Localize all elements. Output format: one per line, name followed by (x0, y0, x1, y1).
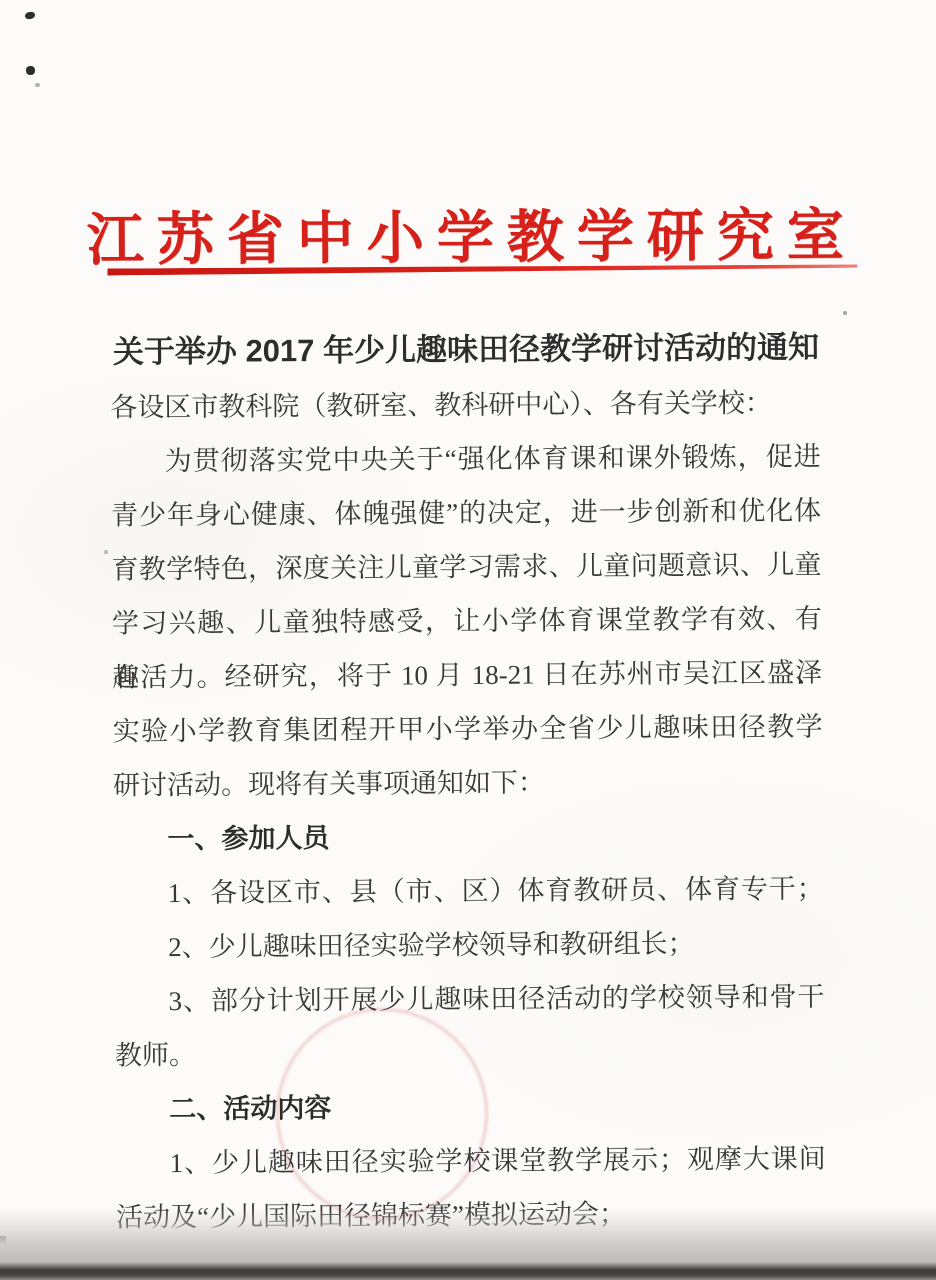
body-paragraph-line: 青少年身心健康、体魄强健”的决定，进一步创新和优化体 (111, 484, 821, 543)
section-heading-line: 二、活动内容 (115, 1078, 825, 1137)
letterhead-org-name: 江苏省中小学教学研究室 (0, 189, 933, 278)
salutation: 各设区市教科院（教研室、教科研中心）、各有关学校： (110, 376, 820, 435)
list-item-line: 教师。 (115, 1024, 825, 1083)
body-paragraph-line: 育教学特色，深度关注儿童学习需求、儿童问题意识、儿童 (111, 538, 821, 597)
scanned-notice-page: 江苏省中小学教学研究室 关于举办 2017 年少儿趣味田径教学研讨活动的通知 各… (0, 0, 936, 1280)
section-heading: 二、活动内容 (115, 1078, 825, 1137)
ink-speck (843, 311, 847, 315)
body-paragraph-line: 为贯彻落实党中央关于“强化体育课和课外锻炼，促进 (111, 430, 821, 489)
list-item: 3、部分计划开展少儿趣味田径活动的学校领导和骨干教师。 (114, 970, 825, 1083)
scan-bottom-shadow (0, 1208, 936, 1280)
salutation-line: 各设区市教科院（教研室、教科研中心）、各有关学校： (110, 376, 820, 435)
body-paragraph-line: 研讨活动。现将有关事项通知如下： (113, 754, 823, 813)
list-item-line: 3、部分计划开展少儿趣味田径活动的学校领导和骨干 (114, 970, 824, 1029)
body-paragraph-line: 有活力。经研究，将于 10 月 18-21 日在苏州市吴江区盛泽 (112, 646, 822, 705)
list-item: 2、少儿趣味田径实验学校领导和教研组长； (114, 916, 824, 975)
list-item: 1、各设区市、县（市、区）体育教研员、体育专干； (114, 862, 824, 921)
body-paragraph-line: 学习兴趣、儿童独特感受，让小学体育课堂教学有效、有趣、 (112, 592, 822, 651)
ink-speck (35, 83, 40, 87)
list-item-line: 1、少儿趣味田径实验学校课堂教学展示；观摩大课间 (115, 1132, 825, 1191)
list-item-line: 1、各设区市、县（市、区）体育教研员、体育专干； (114, 862, 824, 921)
document-content: 江苏省中小学教学研究室 关于举办 2017 年少儿趣味田径教学研讨活动的通知 各… (0, 0, 936, 1280)
body-paragraph: 为贯彻落实党中央关于“强化体育课和课外锻炼，促进青少年身心健康、体魄强健”的决定… (111, 430, 824, 813)
list-item-line: 2、少儿趣味田径实验学校领导和教研组长； (114, 916, 824, 975)
notice-title: 关于举办 2017 年少儿趣味田径教学研讨活动的通知 (0, 321, 934, 373)
notice-body: 各设区市教科院（教研室、教科研中心）、各有关学校：为贯彻落实党中央关于“强化体育… (110, 376, 826, 1245)
body-paragraph-line: 实验小学教育集团程开甲小学举办全省少儿趣味田径教学 (112, 700, 822, 759)
section-heading: 一、参加人员 (113, 808, 823, 867)
section-heading-line: 一、参加人员 (113, 808, 823, 867)
ink-speck (104, 550, 108, 554)
ink-speck (26, 66, 35, 75)
